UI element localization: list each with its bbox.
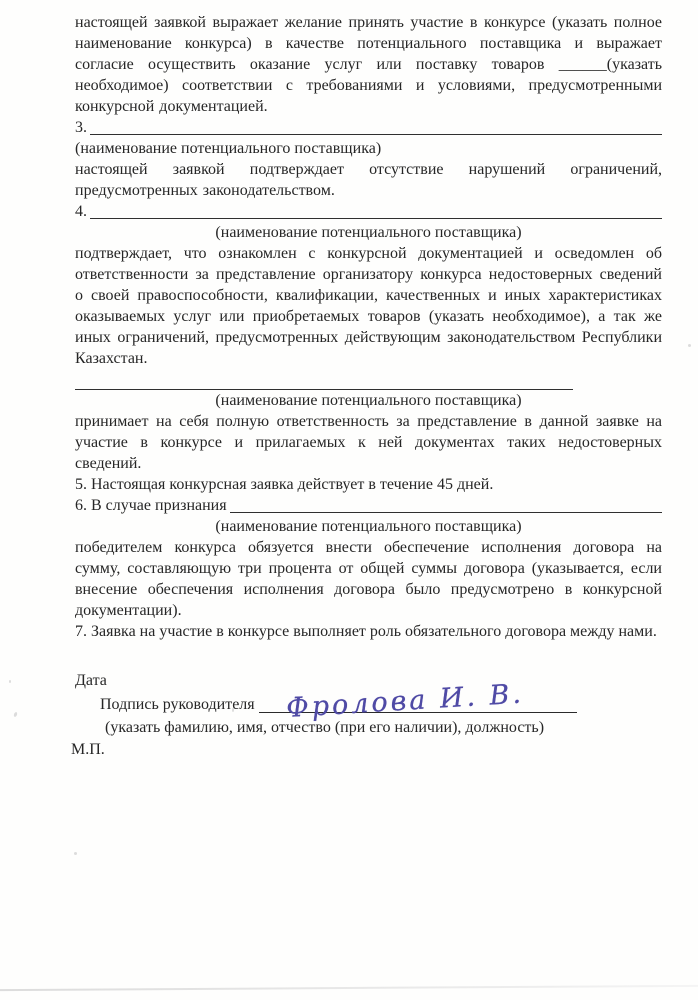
item-6-blank-line — [230, 511, 662, 513]
intro-paragraph: настоящей заявкой выражает желание приня… — [75, 12, 662, 117]
item-3-blank-row: 3. — [75, 117, 662, 138]
clause-4-paragraph: подтверждает, что ознакомлен с конкурсно… — [75, 243, 662, 369]
signature-blank-line: Фролова И. В. — [259, 711, 577, 713]
supplier-name-label: (наименование потенциального поставщика) — [75, 516, 662, 537]
supplier-name-label: (наименование потенциального поставщика) — [75, 138, 662, 159]
scan-page-bottom-edge — [0, 985, 698, 991]
item-5-line: 5. Настоящая конкурсная заявка действует… — [75, 474, 662, 495]
item-6-blank-row: 6. В случае признания — [75, 495, 662, 516]
clause-3-paragraph: настоящей заявкой подтверждает отсутстви… — [75, 159, 662, 201]
item-4-number: 4. — [75, 201, 87, 222]
scan-speckle — [688, 344, 691, 347]
scanned-document-page: настоящей заявкой выражает желание приня… — [0, 0, 698, 1000]
stamp-place-label: М.П. — [71, 739, 662, 760]
signature-row: Подпись руководителя Фролова И. В. — [75, 691, 662, 715]
supplier-name-label: (наименование потенциального поставщика) — [75, 390, 662, 411]
item-4-blank-row: 4. — [75, 201, 662, 222]
signature-label: Подпись руководителя — [100, 694, 255, 715]
signature-block: Дата Подпись руководителя Фролова И. В. … — [75, 670, 662, 760]
item-4-blank-line — [90, 217, 662, 219]
item-6-text: 6. В случае признания — [75, 495, 227, 516]
item-7-line: 7. Заявка на участие в конкурсе выполняе… — [75, 621, 662, 642]
scan-speckle — [74, 852, 77, 855]
document-content: настоящей заявкой выражает желание приня… — [75, 12, 662, 760]
supplier-name-label: (наименование потенциального поставщика) — [75, 222, 662, 243]
scan-speckle — [232, 708, 234, 712]
signature-hint-label: (указать фамилию, имя, отчество (при его… — [75, 717, 662, 738]
winner-obligation-paragraph: победителем конкурса обязуется внести об… — [75, 537, 662, 621]
responsibility-paragraph: принимает на себя полную ответственность… — [75, 411, 662, 474]
supplier-blank-line — [75, 369, 573, 390]
scan-speckle — [13, 712, 18, 718]
item-3-number: 3. — [75, 117, 87, 138]
scan-speckle — [9, 680, 11, 683]
item-3-blank-line — [90, 133, 662, 135]
